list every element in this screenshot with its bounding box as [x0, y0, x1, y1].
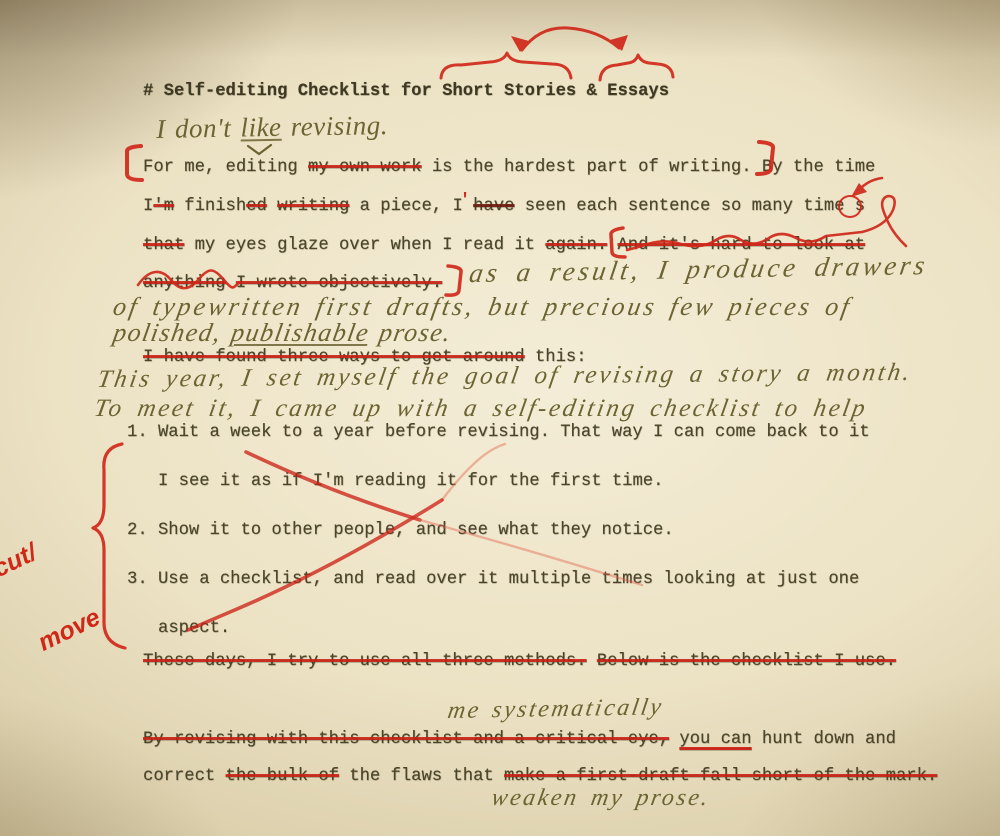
x-stroke-1-light	[420, 520, 642, 585]
bracket-open-sentence2	[611, 228, 625, 257]
swap-arrow-icon	[522, 28, 619, 50]
list-brace	[93, 444, 125, 648]
typescript-page: # Self-editing Checklist for Short Stori…	[0, 0, 1000, 836]
brace-short-stories	[441, 53, 571, 78]
x-stroke-1-dark	[246, 452, 420, 520]
swap-arrow-left-head	[511, 36, 529, 52]
squiggle-hard-to-look	[627, 196, 906, 250]
bracket-open-sentence1	[127, 146, 142, 180]
insert-caret	[248, 145, 271, 154]
brace-essays	[600, 55, 673, 80]
proofreading-marks-overlay	[0, 0, 1000, 836]
bracket-close-sentence1	[757, 142, 773, 174]
bracket-close-sentence2	[446, 266, 461, 295]
x-stroke-2-dark	[188, 500, 442, 630]
x-stroke-2-light	[442, 444, 505, 500]
scribble-anything	[138, 270, 240, 288]
